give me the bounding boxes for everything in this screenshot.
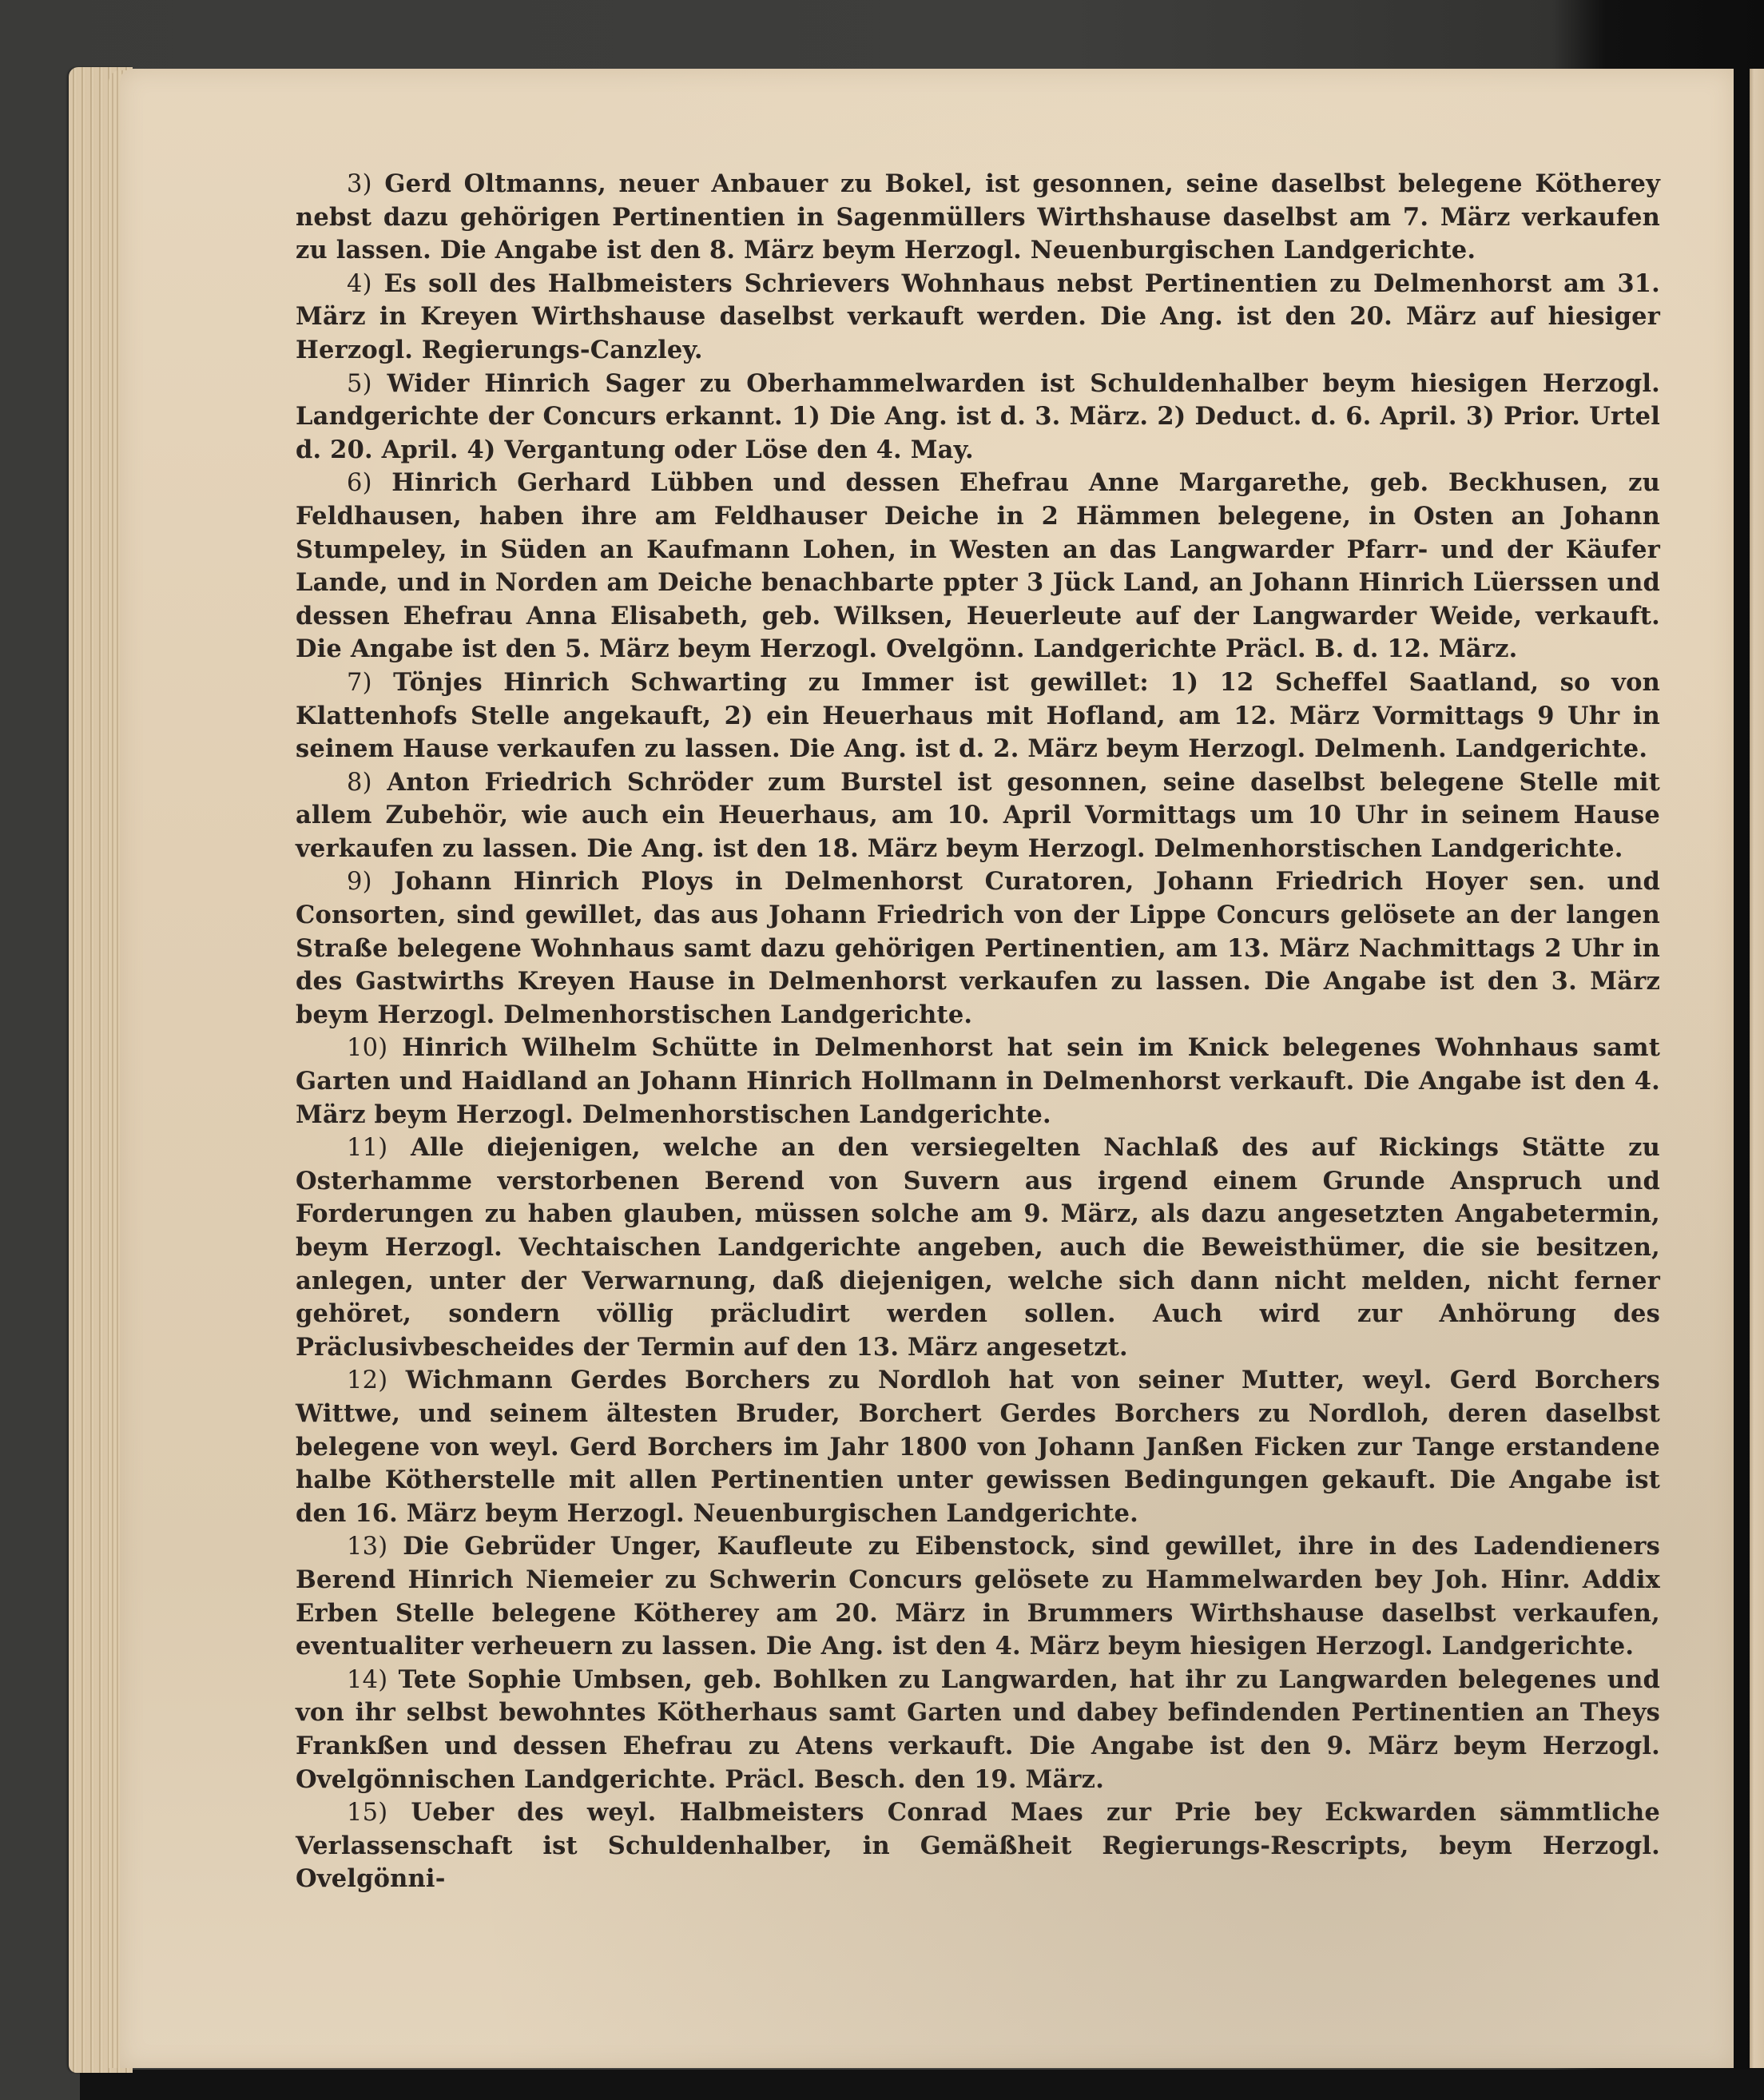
paragraph-12: 12) Wichmann Gerdes Borchers zu Nordloh … xyxy=(296,1364,1660,1530)
paragraph-number: 6) xyxy=(347,469,372,497)
paragraph-text: Tönjes Hinrich Schwarting zu Immer ist g… xyxy=(296,668,1660,763)
paragraph-number: 5) xyxy=(347,370,372,398)
paragraph-number: 13) xyxy=(347,1533,387,1561)
paragraph-number: 3) xyxy=(347,170,372,198)
paragraph-13: 13) Die Gebrüder Unger, Kaufleute zu Eib… xyxy=(296,1530,1660,1663)
paragraph-text: Alle diejenigen, welche an den versiegel… xyxy=(296,1133,1660,1362)
paragraph-text: Gerd Oltmanns, neuer Anbauer zu Bokel, i… xyxy=(296,169,1660,264)
paragraph-text: Die Gebrüder Unger, Kaufleute zu Eibenst… xyxy=(296,1532,1660,1661)
paragraph-number: 15) xyxy=(347,1799,387,1827)
paragraph-text: Hinrich Wilhelm Schütte in Delmenhorst h… xyxy=(296,1033,1660,1128)
paragraph-number: 9) xyxy=(347,868,372,896)
page-gutter xyxy=(1750,69,1764,2068)
paragraph-number: 8) xyxy=(347,769,372,797)
page-text: 3) Gerd Oltmanns, neuer Anbauer zu Bokel… xyxy=(296,168,1660,1896)
paragraph-number: 7) xyxy=(347,669,372,697)
paragraph-9: 9) Johann Hinrich Ploys in Delmenhorst C… xyxy=(296,865,1660,1032)
paragraph-3: 3) Gerd Oltmanns, neuer Anbauer zu Bokel… xyxy=(296,168,1660,268)
paragraph-text: Hinrich Gerhard Lübben und dessen Ehefra… xyxy=(296,468,1660,663)
paragraph-text: Wichmann Gerdes Borchers zu Nordloh hat … xyxy=(296,1366,1660,1527)
paragraph-number: 12) xyxy=(347,1366,387,1394)
bottom-shadow xyxy=(80,2070,1764,2100)
paragraph-4: 4) Es soll des Halbmeisters Schrievers W… xyxy=(296,268,1660,368)
paragraph-text: Ueber des weyl. Halbmeisters Conrad Maes… xyxy=(296,1798,1660,1893)
paragraph-text: Es soll des Halbmeisters Schrievers Wohn… xyxy=(296,269,1660,364)
paragraph-8: 8) Anton Friedrich Schröder zum Burstel … xyxy=(296,766,1660,866)
paragraph-10: 10) Hinrich Wilhelm Schütte in Delmenhor… xyxy=(296,1032,1660,1132)
paragraph-14: 14) Tete Sophie Umbsen, geb. Bohlken zu … xyxy=(296,1664,1660,1796)
paragraph-5: 5) Wider Hinrich Sager zu Oberhammelward… xyxy=(296,368,1660,467)
paragraph-text: Wider Hinrich Sager zu Oberhammelwarden … xyxy=(296,369,1660,464)
paragraph-number: 11) xyxy=(347,1134,387,1162)
paragraph-text: Anton Friedrich Schröder zum Burstel ist… xyxy=(296,768,1660,863)
paragraph-7: 7) Tönjes Hinrich Schwarting zu Immer is… xyxy=(296,666,1660,766)
paragraph-6: 6) Hinrich Gerhard Lübben und dessen Ehe… xyxy=(296,467,1660,666)
paragraph-number: 14) xyxy=(347,1666,387,1694)
paragraph-11: 11) Alle diejenigen, welche an den versi… xyxy=(296,1132,1660,1364)
paragraph-text: Johann Hinrich Ploys in Delmenhorst Cura… xyxy=(296,867,1660,1028)
paragraph-15: 15) Ueber des weyl. Halbmeisters Conrad … xyxy=(296,1796,1660,1896)
paragraph-text: Tete Sophie Umbsen, geb. Bohlken zu Lang… xyxy=(296,1665,1660,1794)
paragraph-number: 10) xyxy=(347,1034,387,1062)
paragraph-number: 4) xyxy=(347,270,372,298)
